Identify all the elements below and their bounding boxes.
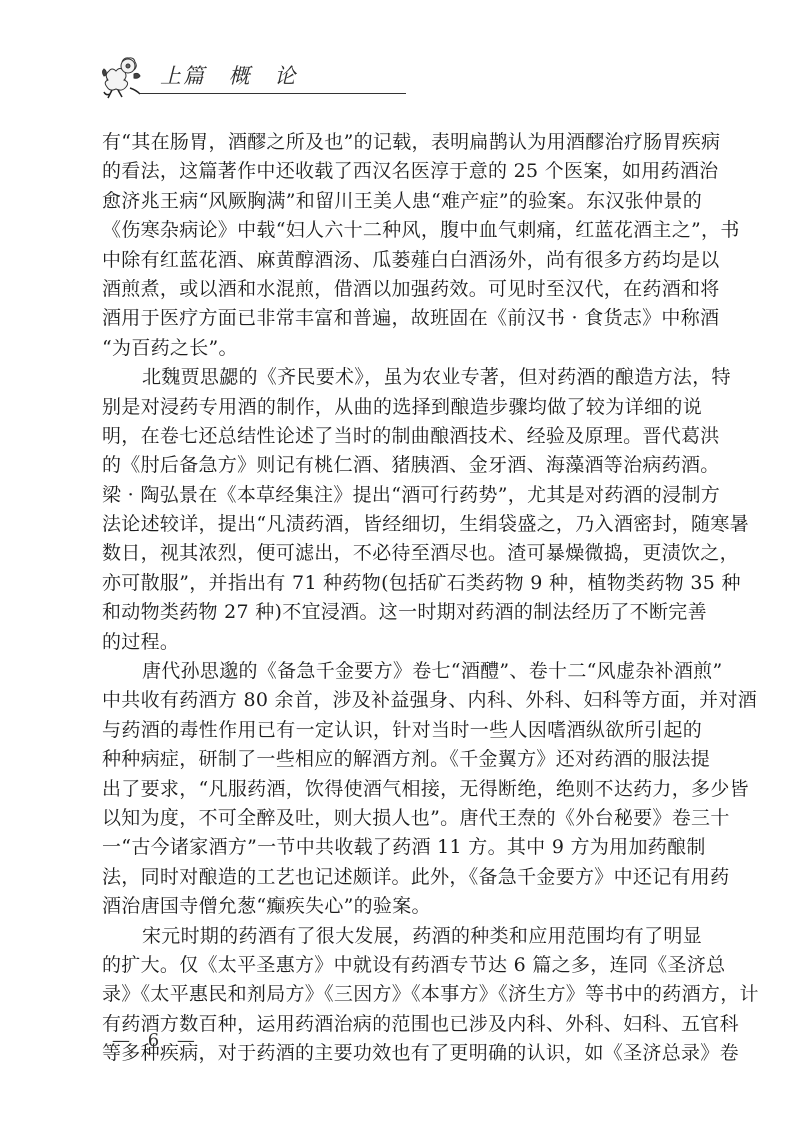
text-line: 酒治唐国寺僧允葱“癫疾失心”的验案。 [102, 892, 702, 921]
running-header: 上篇 概 论 [100, 52, 520, 102]
text-line: 种种病症，研制了一些相应的解酒方剂。《千金翼方》还对药酒的服法提 [102, 745, 702, 774]
text-line: 法论述较详，提出“凡渍药酒，皆经细切，生绢袋盛之，乃入酒密封，随寒暑 [102, 510, 702, 539]
text-line: “为百药之长”。 [102, 334, 702, 363]
text-line: 的扩大。仅《太平圣惠方》中就设有药酒专节达 6 篇之多，连同《圣济总 [102, 951, 702, 980]
text-line: 酒煎煮，或以酒和水混煎，借酒以加强药效。可见时至汉代，在药酒和将 [102, 275, 702, 304]
body-text: 有“其在肠胃，酒醪之所及也”的记载，表明扁鹊认为用酒醪治疗肠胃疾病的看法，这篇著… [102, 128, 702, 1069]
text-line: 与药酒的毒性作用已有一定认识，针对当时一些人因嗜酒纵欲所引起的 [102, 716, 702, 745]
text-line: 录》《太平惠民和剂局方》《三因方》《本事方》《济生方》等书中的药酒方，计 [102, 980, 702, 1009]
text-line: 数日，视其浓烈，便可滤出，不必待至酒尽也。渣可暴燥微捣，更渍饮之， [102, 539, 702, 568]
text-line: 宋元时期的药酒有了很大发展，药酒的种类和应用范围均有了明显 [102, 922, 702, 951]
text-line: 别是对浸药专用酒的制作，从曲的选择到酿造步骤均做了较为详细的说 [102, 393, 702, 422]
page-number: — 6 — [112, 1030, 201, 1051]
text-line: 北魏贾思勰的《齐民要术》，虽为农业专著，但对药酒的酿造方法，特 [102, 363, 702, 392]
text-line: 明，在卷七还总结性论述了当时的制曲酿酒技术、经验及原理。晋代葛洪 [102, 422, 702, 451]
text-line: 一“古今诸家酒方”一节中共收载了药酒 11 方。其中 9 方为用加药酿制 [102, 833, 702, 862]
text-line: 和动物类药物 27 种)不宜浸酒。这一时期对药酒的制法经历了不断完善 [102, 598, 702, 627]
text-line: 亦可散服”，并指出有 71 种药物(包括矿石类药物 9 种，植物类药物 35 种 [102, 569, 702, 598]
text-line: 愈济兆王病“风厥胸满”和留川王美人患“难产症”的验案。东汉张仲景的 [102, 187, 702, 216]
text-line: 中除有红蓝花酒、麻黄醇酒汤、瓜蒌薤白白酒汤外，尚有很多方药均是以 [102, 246, 702, 275]
text-line: 的《肘后备急方》则记有桃仁酒、猪胰酒、金牙酒、海藻酒等治病药酒。 [102, 451, 702, 480]
text-line: 酒用于医疗方面已非常丰富和普遍，故班固在《前汉书 · 食货志》中称酒 [102, 304, 702, 333]
text-line: 《伤寒杂病论》中载“妇人六十二种风，腹中血气刺痛，红蓝花酒主之”，书 [102, 216, 702, 245]
text-line: 的看法，这篇著作中还收载了西汉名医淳于意的 25 个医案，如用药酒治 [102, 157, 702, 186]
header-rule [140, 93, 406, 94]
text-line: 出了要求，“凡服药酒，饮得使酒气相接，无得断绝，绝则不达药力，多少皆 [102, 775, 702, 804]
text-line: 有“其在肠胃，酒醪之所及也”的记载，表明扁鹊认为用酒醪治疗肠胃疾病 [102, 128, 702, 157]
text-line: 以知为度，不可全醉及吐，则大损人也”。唐代王焘的《外台秘要》卷三十 [102, 804, 702, 833]
text-line: 法，同时对酿造的工艺也记述颇详。此外，《备急千金要方》中还记有用药 [102, 863, 702, 892]
text-line: 的过程。 [102, 628, 702, 657]
text-line: 唐代孙思邈的《备急千金要方》卷七“酒醴”、卷十二“风虚杂补酒煎” [102, 657, 702, 686]
section-title: 上篇 概 论 [160, 60, 297, 90]
text-line: 梁 · 陶弘景在《本草经集注》提出“酒可行药势”，尤其是对药酒的浸制方 [102, 481, 702, 510]
text-line: 中共收有药酒方 80 余首，涉及补益强身、内科、外科、妇科等方面，并对酒 [102, 686, 702, 715]
